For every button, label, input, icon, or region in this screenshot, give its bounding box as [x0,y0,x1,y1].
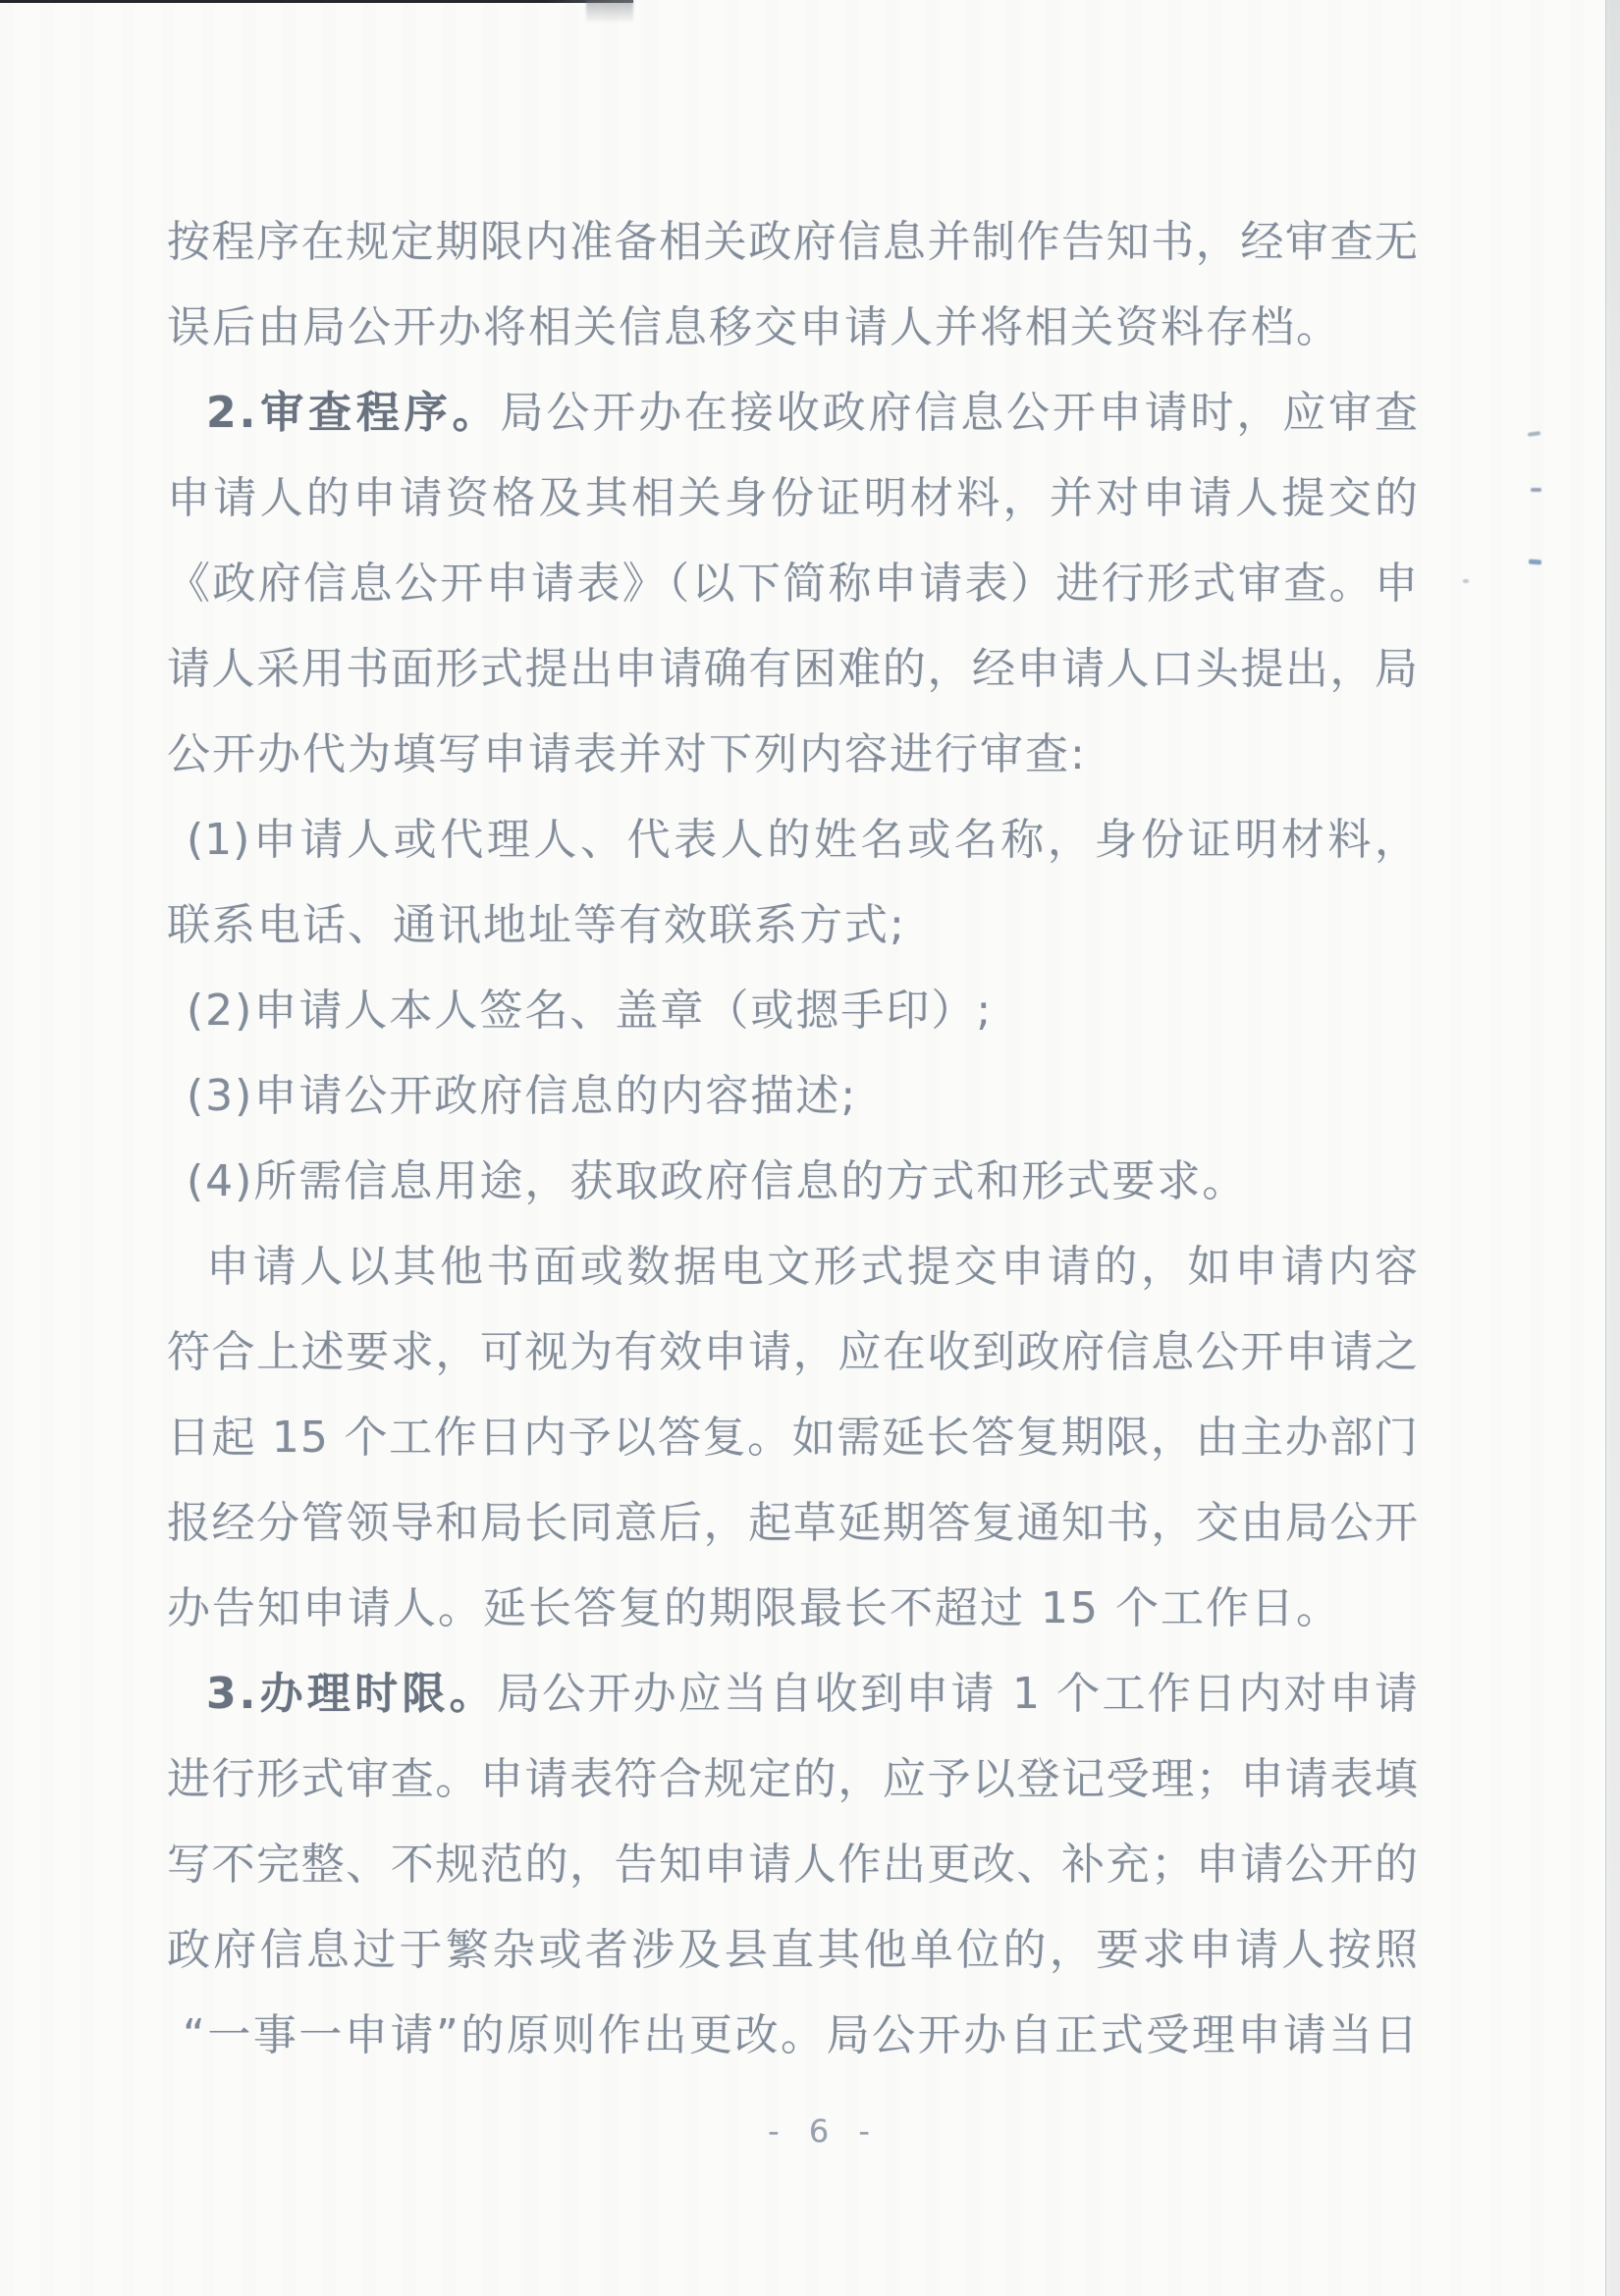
scan-artifact-smudge [586,0,633,24]
page-number: - 6 - [14,2112,1620,2150]
text-line: (4)所需信息用途，获取政府信息的方式和形式要求。 [167,1139,1419,1224]
text-line: (1)申请人或代理人、代表人的姓名或名称，身份证明材料， [167,797,1419,882]
text-line: 请人采用书面形式提出申请确有困难的，经申请人口头提出，局 [167,626,1419,712]
paragraph-heading: 3.办理时限。 [206,1669,497,1719]
text-line: 进行形式审查。申请表符合规定的，应予以登记受理；申请表填 [167,1736,1419,1822]
text-line: 写不完整、不规范的，告知申请人作出更改、补充；申请公开的 [167,1822,1419,1907]
text-line: 误后由局公开办将相关信息移交申请人并将相关资料存档。 [167,285,1419,370]
document-body: 按程序在规定期限内准备相关政府信息并制作告知书，经审查无误后由局公开办将相关信息… [167,199,1419,2078]
text-line: 《政府信息公开申请表》（以下简称申请表）进行形式审查。申 [167,541,1419,626]
scan-artifact-dash [1531,488,1541,492]
text-line: 申请人的申请资格及其相关身份证明材料，并对申请人提交的 [167,455,1419,541]
paragraph-heading: 2.审查程序。 [206,388,501,438]
text-line: 申请人以其他书面或数据电文形式提交申请的，如申请内容 [167,1224,1419,1309]
scan-artifact-dash [1529,560,1541,565]
document-page: 按程序在规定期限内准备相关政府信息并制作告知书，经审查无误后由局公开办将相关信息… [0,0,1620,2296]
text-line: “一事一申请”的原则作出更改。局公开办自正式受理申请当日 [167,1993,1419,2078]
text-line: 2.审查程序。局公开办在接收政府信息公开申请时，应审查 [167,370,1419,455]
text-line: 符合上述要求，可视为有效申请，应在收到政府信息公开申请之 [167,1309,1419,1395]
text-line: 政府信息过于繁杂或者涉及县直其他单位的，要求申请人按照 [167,1907,1419,1993]
text-line: 报经分管领导和局长同意后，起草延期答复通知书，交由局公开 [167,1480,1419,1566]
text-line: 日起 15 个工作日内予以答复。如需延长答复期限，由主办部门 [167,1395,1419,1480]
text-line: 按程序在规定期限内准备相关政府信息并制作告知书，经审查无 [167,199,1419,285]
text-line: (2)申请人本人签名、盖章（或摁手印）; [167,968,1419,1053]
text-line: 办告知申请人。延长答复的期限最长不超过 15 个工作日。 [167,1566,1419,1651]
text-line: 3.办理时限。局公开办应当自收到申请 1 个工作日内对申请 [167,1651,1419,1736]
text-line: (3)申请公开政府信息的内容描述; [167,1053,1419,1139]
scan-artifact-dash [1463,579,1469,583]
text-line: 联系电话、通讯地址等有效联系方式; [167,882,1419,968]
scan-artifact-top-line [0,0,633,3]
scan-artifact-dash [1528,431,1540,437]
scan-artifact-right-edge [1605,0,1620,2296]
text-line: 公开办代为填写申请表并对下列内容进行审查: [167,712,1419,797]
